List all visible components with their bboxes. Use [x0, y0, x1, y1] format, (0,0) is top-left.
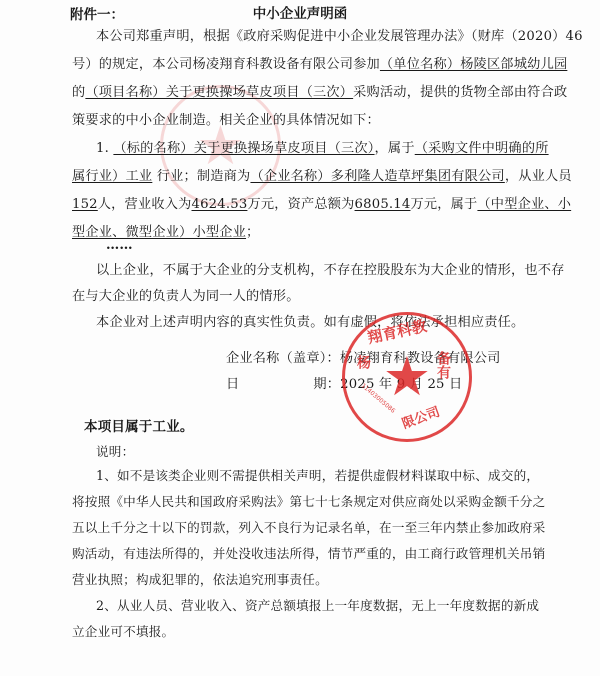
document-page: 附件一： 中小企业声明函 ★ 本公司郑重声明，根据《政府采购促进中小企业发展管理… [0, 0, 600, 676]
unit-name: （单位名称）杨陵区郃城幼儿园 [380, 57, 567, 72]
project-name: （项目名称）关于更换操场草皮项目（三次） [85, 85, 353, 100]
intro-text: 的 [72, 85, 85, 100]
item1-line-2: 属行业）工业 行业；制造商为（企业名称）多利隆人造草坪集团有限公司，从业人员 [72, 168, 552, 186]
date-label: 期： [313, 377, 340, 392]
intro-line-1: 本公司郑重声明，根据《政府采购促进中小企业发展管理办法》（财库（2020）46 [96, 28, 552, 46]
item1-line-3: 152人，营业收入为4624.53万元，资产总额为6805.14万元，属于（中型… [72, 196, 552, 214]
intro-text: 号）的规定，本公司杨凌翔育科教设备有限公司参加 [72, 57, 380, 72]
item-text: 万元，资产总额为 [247, 197, 354, 212]
employee-count: 152 [72, 197, 98, 212]
ellipsis: …… [106, 237, 586, 255]
note1-line-2: 将按照《中华人民共和国政府采购法》第七十七条规定对供应商处以采购金额千分之 [72, 493, 552, 511]
enterprise-size: （中型企业、小 [477, 197, 571, 212]
signature-company: 企业名称（盖章）：杨凌翔育科教设备有限公司 [226, 350, 546, 368]
intro-line-4: 策要求的中小企业制造。相关企业的具体情况如下： [72, 112, 552, 130]
item1-line-1: 1. （标的名称）关于更换操场草皮项目（三次），属于（采购文件中明确的所 [96, 140, 552, 158]
note2-line-1: 2、从业人员、营业收入、资产总额填报上一年度数据，无上一年度数据的新成 [96, 597, 552, 615]
document-title: 中小企业声明函 [0, 2, 600, 22]
industry-field: （采购文件中明确的所 [415, 141, 549, 156]
date-label: 日 [226, 377, 239, 392]
statement-line-2: 在与大企业的负责人为同一人的情形。 [72, 288, 552, 306]
note1-line-4: 购活动，有违法所得的，并处没收违法所得，情节严重的，由工商行政管理机关吊销 [72, 545, 552, 563]
item-text: 万元，属于 [410, 197, 477, 212]
responsibility-statement: 本企业对上述声明内容的真实性负责。如有虚假，将依法承担相应责任。 [96, 314, 552, 332]
intro-text: 采购活动，提供的货物全部由符合政 [353, 85, 567, 100]
subject-name: （标的名称）关于更换操场草皮项目（三次） [113, 141, 374, 156]
project-industry-note: 本项目属于工业。 [84, 418, 564, 436]
item-text: ，从业人员 [505, 169, 572, 184]
date-value: 2025 年 9 月 25 日 [340, 377, 462, 392]
revenue-value: 4624.53 [192, 197, 248, 212]
item-number: 1. [96, 141, 109, 156]
item-text: 行业；制造商为 [157, 169, 251, 184]
industry-field: 属行业）工业 [72, 169, 152, 184]
company-name: 杨凌翔育科教设备有限公司 [340, 351, 501, 366]
note2-line-2: 立企业可不填报。 [72, 623, 552, 641]
notes-heading: 说明： [96, 443, 576, 461]
note1-line-1: 1、如不是该类企业则不需提供相关声明，若提供虚假材料谋取中标、成交的， [96, 467, 552, 485]
note1-line-3: 五以上千分之十以下的罚款，列入不良行为记录名单，在一至三年内禁止参加政府采 [72, 519, 552, 537]
note1-line-5: 营业执照；构成犯罪的，依法追究刑事责任。 [72, 571, 552, 589]
assets-value: 6805.14 [355, 197, 411, 212]
item-text: ，属于 [375, 141, 415, 156]
intro-line-3: 的（项目名称）关于更换操场草皮项目（三次）采购活动，提供的货物全部由符合政 [72, 84, 552, 102]
manufacturer-name: （企业名称）多利隆人造草坪集团有限公司 [250, 169, 504, 184]
intro-line-2: 号）的规定，本公司杨凌翔育科教设备有限公司参加（单位名称）杨陵区郃城幼儿园 [72, 56, 552, 74]
statement-line-1: 以上企业，不属于大企业的分支机构，不存在控股股东为大企业的情形，也不存 [96, 262, 552, 280]
company-label: 企业名称（盖章）： [226, 351, 340, 366]
item-text: 人，营业收入为 [98, 197, 192, 212]
signature-date: 日期：2025 年 9 月 25 日 [226, 376, 546, 394]
